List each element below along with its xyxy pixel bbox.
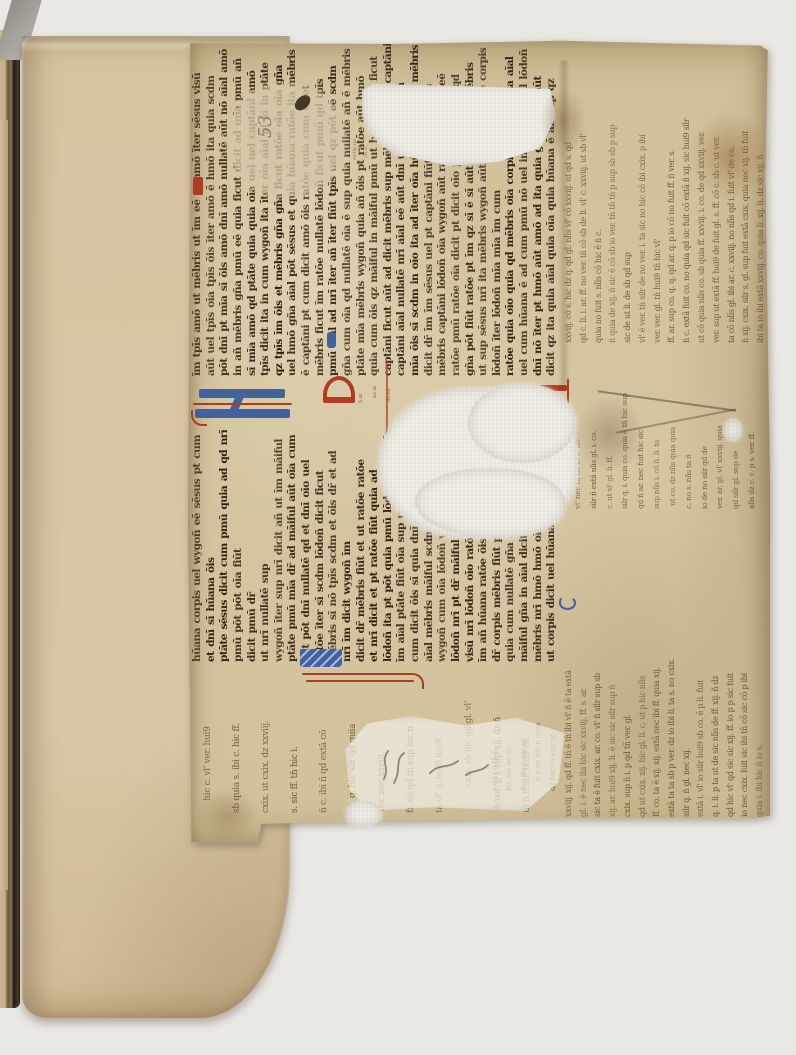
initial-red-d [323, 378, 352, 403]
red-penwork-tail [306, 680, 414, 682]
initial-blue-a [300, 648, 418, 685]
tissue-scribbles [370, 735, 500, 795]
stain-smudge-center [575, 395, 645, 473]
gloss-bottom-margin-left: xxviij. xij. qd ff. tn̄ ē tn̄ ibi vl' ñ … [562, 612, 768, 817]
red-lombard-d [323, 376, 355, 403]
red-paraph-i [193, 177, 203, 195]
manuscript-photo: īm tpīs amō ut mēbris ut īm eē et amō īt… [0, 0, 796, 1055]
blue-paraph [327, 332, 336, 348]
interlinear-red-note: ñ ar. sic ut ibi silr [354, 379, 396, 403]
red-penwork-line [193, 404, 292, 406]
initial-blue-n [195, 385, 290, 420]
blue-paraph-g [559, 596, 576, 610]
red-penwork-curl [191, 410, 207, 426]
repair-speck [724, 419, 742, 441]
pencil-folio-number: 53 [255, 115, 276, 138]
repair-speck-bottom [346, 800, 382, 826]
initial-body [300, 649, 342, 667]
interlinear-note: no hic no co. li. [350, 128, 372, 160]
stain-brown-right [688, 110, 772, 202]
repair-patch-center-lobe [468, 383, 576, 463]
initial-stroke [195, 409, 290, 418]
adjacent-page-edge [0, 120, 8, 890]
red-penwork-tail [302, 673, 414, 675]
crease-shadow-vertical [558, 60, 570, 390]
glue-stain-bottom-left [196, 786, 258, 844]
red-penwork-curl [408, 673, 424, 689]
